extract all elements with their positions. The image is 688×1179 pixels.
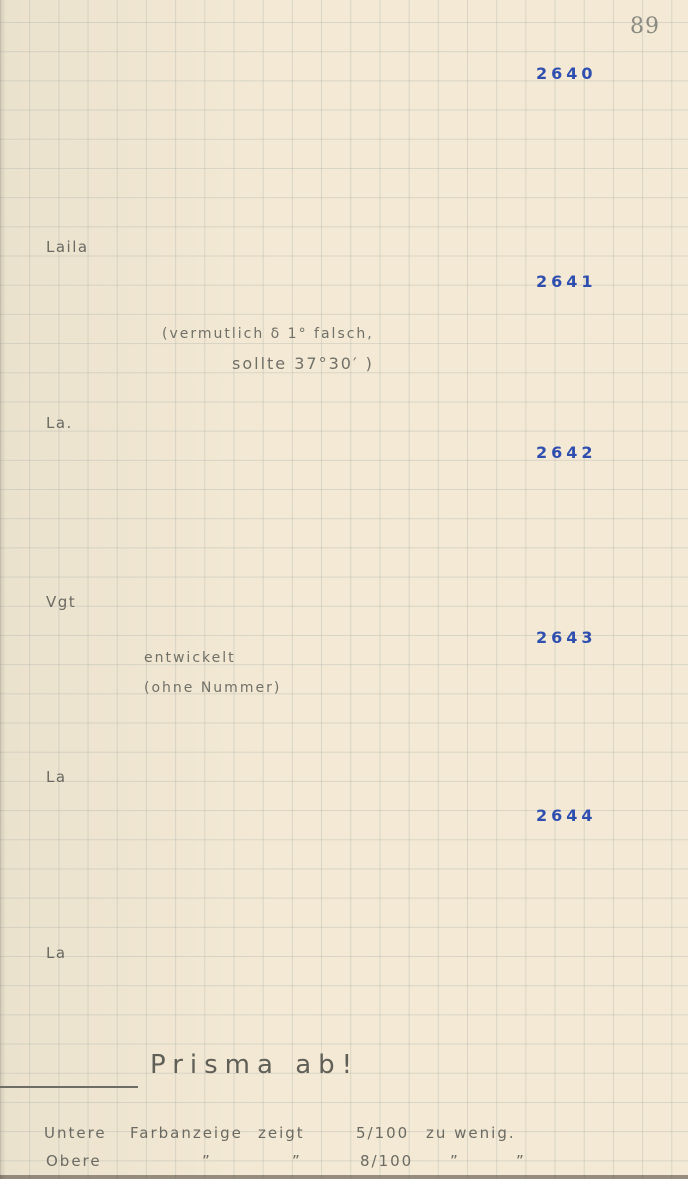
divider-rule: [0, 1086, 138, 1088]
footer-2-ditto-2: ”: [292, 1152, 302, 1170]
entry-label-vgt: Vgt: [46, 593, 76, 611]
entry-label-laila: Laila: [46, 238, 89, 256]
footer-line-2: Obere ” ” 8/100 ” ”: [46, 1152, 646, 1174]
footer-2-ditto-3: ”: [450, 1152, 460, 1170]
entry-number-2640: 2640: [536, 64, 597, 83]
page-bottom-edge: [0, 1175, 688, 1179]
heading-prisma-ab: Prisma ab!: [150, 1050, 359, 1080]
notebook-page: 89 2640 Laila 2641 (vermutlich δ 1° fals…: [0, 0, 688, 1179]
entry-number-2643: 2643: [536, 628, 597, 647]
note-2641-line2: sollte 37°30′ ): [232, 354, 374, 373]
footer-1-comment: zu wenig.: [426, 1124, 516, 1142]
footer-2-ditto-4: ”: [516, 1152, 526, 1170]
page-edge-shadow: [0, 0, 6, 1179]
entry-label-la-3: La: [46, 944, 67, 962]
note-2643-line1: entwickelt: [144, 650, 236, 666]
entry-label-la-1: La.: [46, 414, 73, 432]
footer-2-subject: Obere: [46, 1152, 102, 1170]
footer-line-1: Untere Farbanzeige zeigt 5/100 zu wenig.: [44, 1124, 644, 1146]
footer-1-verb: zeigt: [258, 1124, 305, 1142]
footer-2-value: 8/100: [360, 1152, 413, 1170]
entry-number-2644: 2644: [536, 806, 597, 825]
page-number: 89: [630, 14, 660, 39]
footer-1-value: 5/100: [356, 1124, 409, 1142]
entry-number-2641: 2641: [536, 272, 597, 291]
note-2643-line2: (ohne Nummer): [144, 680, 281, 696]
note-2641-line1: (vermutlich δ 1° falsch,: [162, 326, 374, 342]
footer-2-ditto-1: ”: [202, 1152, 212, 1170]
entry-number-2642: 2642: [536, 443, 597, 462]
entry-label-la-2: La: [46, 768, 67, 786]
footer-1-subject: Untere: [44, 1124, 107, 1142]
footer-1-object: Farbanzeige: [130, 1124, 243, 1142]
